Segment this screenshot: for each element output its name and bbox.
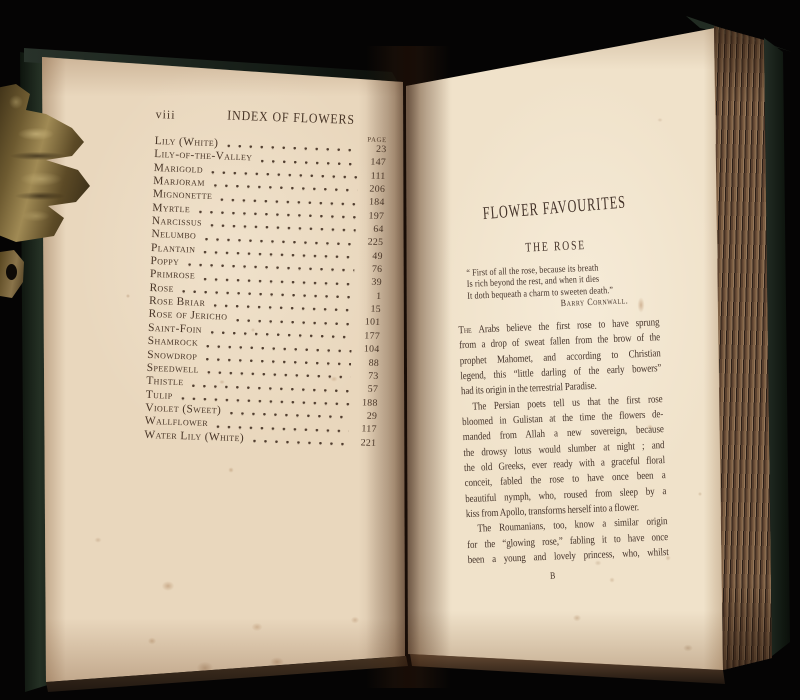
index-entry-name: Speedwell <box>147 362 200 376</box>
index-header: INDEX OF FLOWERS <box>193 106 389 129</box>
index-entry-name: Rose Briar <box>149 295 206 309</box>
index-entry-page: 197 <box>360 210 384 222</box>
index-entry-page: 57 <box>354 383 378 395</box>
index-entry-page: 177 <box>356 330 380 342</box>
index-entry-name: Rose of Jericho <box>148 308 227 323</box>
index-entry-page: 49 <box>359 250 383 262</box>
index-entry-name: Marjoram <box>153 175 205 189</box>
index-entry-page: 184 <box>360 197 384 209</box>
index-entry-name: Plantain <box>151 242 196 256</box>
index-entry-name: Mignonette <box>153 188 213 202</box>
index-entry-page: 29 <box>353 410 377 422</box>
index-entry-page: 23 <box>362 143 386 155</box>
index-entry-name: Tulip <box>146 388 173 401</box>
index-entry-page: 111 <box>361 170 385 182</box>
index-entry-page: 101 <box>356 317 380 329</box>
index-entry-name: Narcissus <box>152 215 202 229</box>
index-entry-name: Poppy <box>150 255 179 268</box>
index-entry-name: Lily (White) <box>154 135 218 149</box>
dot-leader <box>251 434 349 447</box>
index-list: Lily (White) 23 Lily-of-the-Valley 147 M… <box>144 135 387 450</box>
index-entry-page: 117 <box>353 423 377 435</box>
brass-clasp-hole <box>6 264 17 280</box>
index-entry-name: Water Lily (White) <box>144 428 244 443</box>
index-entry-page: 221 <box>352 437 376 449</box>
index-entry-page: 73 <box>354 370 378 382</box>
index-entry-page: 88 <box>355 357 379 369</box>
index-entry-page: 76 <box>358 263 382 275</box>
index-entry-name: Rose <box>149 282 174 295</box>
chapter-page-content: FLOWER FAVOURITES THE ROSE “ First of al… <box>453 187 671 615</box>
paragraph-lead-smallcaps: The <box>458 324 478 336</box>
index-entry-name: Saint-Foin <box>148 322 202 336</box>
index-entry-page: 104 <box>355 343 379 355</box>
signature-mark: B <box>468 568 637 585</box>
book-title: FLOWER FAVOURITES <box>453 193 655 222</box>
index-entry-page: 188 <box>353 397 377 409</box>
index-entry-page: 15 <box>357 303 381 315</box>
index-entry-page: 225 <box>359 237 383 249</box>
index-entry-name: Snowdrop <box>147 348 197 362</box>
body-text: The Arabs believe the first rose to have… <box>458 315 669 568</box>
index-entry-page: 206 <box>361 183 385 195</box>
chapter-title: THE ROSE <box>455 234 657 258</box>
index-page-content: viii INDEX OF FLOWERS PAGE Lily (White) … <box>142 100 390 454</box>
index-entry-name: Nelumbo <box>151 228 196 242</box>
index-entry-page: 64 <box>360 223 384 235</box>
index-entry-name: Marigold <box>154 162 204 176</box>
index-entry-name: Myrtle <box>152 202 190 215</box>
folio-number: viii <box>155 107 176 123</box>
index-entry-page: 39 <box>358 277 382 289</box>
index-entry-name: Thistle <box>146 375 184 388</box>
index-entry-name: Wallflower <box>145 415 209 429</box>
index-entry-page: 1 <box>357 290 381 302</box>
photo-stage: viii INDEX OF FLOWERS PAGE Lily (White) … <box>0 0 800 700</box>
index-entry-name: Primrose <box>150 268 196 282</box>
index-entry-name: Violet (Sweet) <box>145 402 221 417</box>
epigraph-quote: “ First of all the rose, because its bre… <box>466 261 635 313</box>
index-entry-name: Shamrock <box>147 335 198 349</box>
index-entry-page: 147 <box>362 157 386 169</box>
